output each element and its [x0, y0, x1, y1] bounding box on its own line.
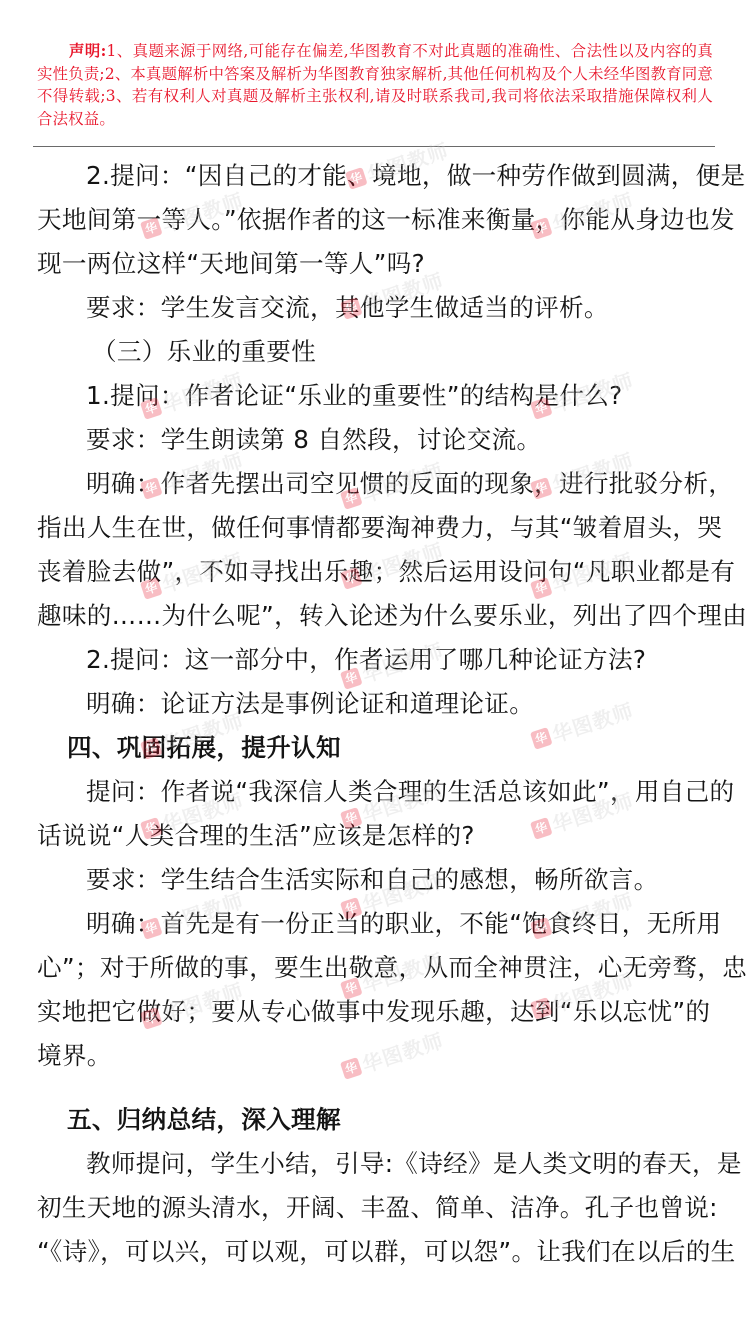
section-heading: 四、巩固拓展，提升认知 [37, 726, 713, 770]
text-line: 天地间第一等人。”依据作者的这一标准来衡量，你能从身边也发 [37, 198, 713, 242]
lesson-body: 2.提问：“因自己的才能、境地，做一种劳作做到圆满，便是天地间第一等人。”依据作… [37, 154, 713, 1274]
text-line: 现一两位这样“天地间第一等人”吗? [37, 242, 713, 286]
text-line: 明确：首先是有一份正当的职业，不能“饱食终日，无所用 [37, 902, 713, 946]
text-line: 提问：作者说“我深信人类合理的生活总该如此”，用自己的 [37, 770, 713, 814]
text-line: 心”；对于所做的事，要生出敬意，从而全神贯注，心无旁骛，忠 [37, 946, 713, 990]
text-line: 明确：论证方法是事例论证和道理论证。 [37, 682, 713, 726]
disclaimer-text: 1、真题来源于网络,可能存在偏差,华图教育不对此真题的准确性、合法性以及内容的真… [37, 42, 713, 128]
paragraph-gap [37, 1078, 713, 1098]
text-line: 趣味的……为什么呢”，转入论述为什么要乐业，列出了四个理由。 [37, 594, 713, 638]
text-line: “《诗》，可以兴，可以观，可以群，可以怨”。让我们在以后的生 [37, 1230, 713, 1274]
text-line: 实地把它做好；要从专心做事中发现乐趣，达到“乐以忘忧”的 [37, 990, 713, 1034]
text-line: 2.提问：“因自己的才能、境地，做一种劳作做到圆满，便是 [37, 154, 713, 198]
text-line: 要求：学生发言交流，其他学生做适当的评析。 [37, 286, 713, 330]
text-line: 2.提问：这一部分中，作者运用了哪几种论证方法? [37, 638, 713, 682]
text-line: 丧着脸去做”，不如寻找出乐趣；然后运用设问句“凡职业都是有 [37, 550, 713, 594]
text-line: 明确：作者先摆出司空见惯的反面的现象，进行批驳分析， [37, 462, 713, 506]
text-line: 境界。 [37, 1034, 713, 1078]
header-divider [33, 146, 715, 147]
text-line: 要求：学生朗读第 8 自然段，讨论交流。 [37, 418, 713, 462]
disclaimer-notice: 声明:1、真题来源于网络,可能存在偏差,华图教育不对此真题的准确性、合法性以及内… [37, 40, 713, 130]
text-line: 话说说“人类合理的生活”应该是怎样的? [37, 814, 713, 858]
document-page: 声明:1、真题来源于网络,可能存在偏差,华图教育不对此真题的准确性、合法性以及内… [0, 0, 748, 1335]
text-line: （三）乐业的重要性 [37, 330, 713, 374]
text-line: 初生天地的源头清水，开阔、丰盈、简单、洁净。孔子也曾说: [37, 1186, 713, 1230]
section-heading: 五、归纳总结，深入理解 [37, 1098, 713, 1142]
disclaimer-label: 声明: [69, 42, 107, 60]
text-line: 指出人生在世，做任何事情都要淘神费力，与其“皱着眉头，哭 [37, 506, 713, 550]
text-line: 要求：学生结合生活实际和自己的感想，畅所欲言。 [37, 858, 713, 902]
text-line: 1.提问：作者论证“乐业的重要性”的结构是什么? [37, 374, 713, 418]
text-line: 教师提问，学生小结，引导:《诗经》是人类文明的春天，是 [37, 1142, 713, 1186]
